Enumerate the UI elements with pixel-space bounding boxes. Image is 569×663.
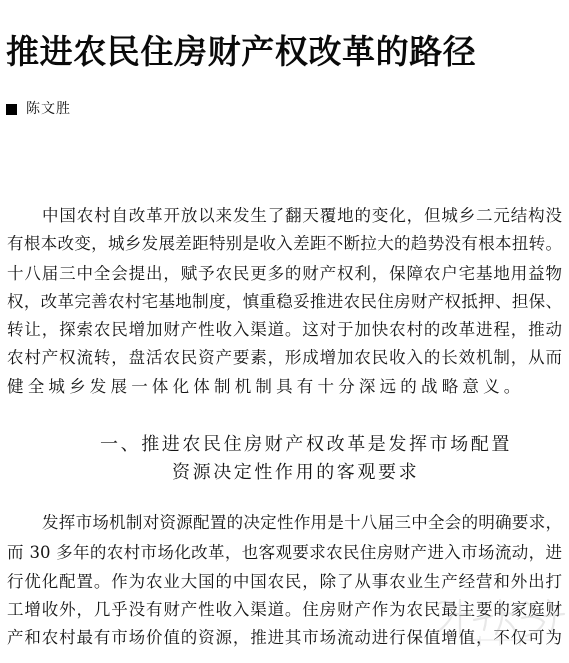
paragraph-line: 有根本改变，城乡发展差距特别是收入差距不断拉大的趋势没有根本扭转。: [7, 232, 562, 256]
paragraph-line: 十八届三中全会提出，赋予农民更多的财产权利，保障农户宅基地用益物: [7, 262, 562, 286]
paragraph-line: 发挥市场机制对资源配置的决定性作用是十八届三中全会的明确要求，: [42, 511, 562, 535]
paragraph-line: 健全城乡发展一体化体制机制具有十分深远的战略意义。: [7, 375, 562, 399]
author-line: 陈文胜: [6, 100, 71, 118]
paragraph-line: 行优化配置。作为农业大国的中国农民，除了从事农业生产经营和外出打: [7, 570, 562, 594]
paragraph-line: 转让，探索农民增加财产性收入渠道。这对于加快农村的改革进程，推动: [7, 318, 562, 342]
paragraph-line: 而 30 多年的农村市场化改革，也客观要求农民住房财产进入市场流动，进: [7, 541, 562, 565]
article-title: 推进农民住房财产权改革的路径: [6, 30, 476, 74]
section-heading-line: 一、推进农民住房财产权改革是发挥市场配置: [100, 432, 512, 458]
paragraph-line: 工增收外，几乎没有财产性收入渠道。住房财产作为农民最主要的家庭财: [7, 598, 562, 622]
paragraph-line: 产和农村最有市场价值的资源，推进其市场流动进行保值增值，不仅可为: [7, 626, 562, 650]
paragraph-line: 农村产权流转，盘活农民资产要素，形成增加农民收入的长效机制，从而: [7, 346, 562, 370]
paragraph-line: 中国农村自改革开放以来发生了翻天覆地的变化，但城乡二元结构没: [42, 204, 562, 228]
author-name: 陈文胜: [26, 100, 71, 118]
section-heading-line: 资源决定性作用的客观要求: [172, 460, 419, 486]
paragraph-line: 权，改革完善农村宅基地制度，慎重稳妥推进农民住房财产权抵押、担保、: [7, 290, 562, 314]
square-bullet-icon: [6, 104, 17, 115]
